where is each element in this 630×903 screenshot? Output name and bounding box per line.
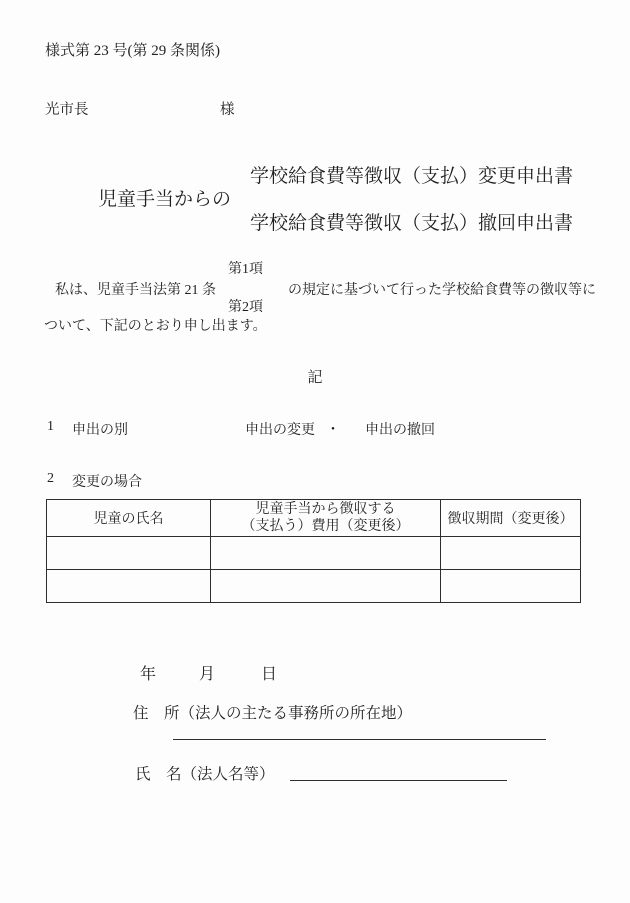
declaration-line2: ついて、下記のとおり申し出ます。 (44, 315, 267, 335)
addressee: 光市長 (45, 98, 89, 119)
cell-child-name (47, 537, 211, 570)
item1-separator-dot: ・ (326, 419, 340, 439)
cell-period (441, 537, 581, 570)
declaration-after-clause: の規定に基づいて行った学校給食費等の徴収等に (288, 279, 596, 299)
address-underline (173, 739, 546, 740)
declaration-before-clause: 私は、児童手当法第 21 条 (55, 279, 216, 299)
name-label: 氏 名（法人名等） (135, 762, 275, 784)
item1-option-withdrawal: 申出の撤回 (365, 419, 435, 439)
title-prefix: 児童手当からの (98, 184, 231, 211)
clause-option-2: 第2項 (228, 296, 263, 316)
name-underline (290, 780, 507, 781)
date-month-label: 月 (199, 661, 215, 684)
date-day-label: 日 (261, 661, 277, 684)
table-row (47, 537, 581, 570)
col-header-cost-line2: （支払う）費用（変更後） (211, 518, 440, 535)
col-header-child-name: 児童の氏名 (47, 500, 211, 537)
cell-period (441, 570, 581, 603)
table-header-row: 児童の氏名 児童手当から徴収する （支払う）費用（変更後） 徴収期間（変更後） (47, 500, 581, 537)
clause-option-1: 第1項 (228, 258, 263, 278)
form-number: 様式第 23 号(第 29 条関係) (45, 39, 220, 60)
item2-number: 2 (47, 471, 54, 487)
item1-number: 1 (47, 419, 54, 435)
title-withdrawal-application: 学校給食費等徴収（支払）撤回申出書 (250, 208, 573, 235)
ki-heading: 記 (0, 366, 630, 387)
date-year-label: 年 (140, 661, 156, 684)
table-row (47, 570, 581, 603)
col-header-cost: 児童手当から徴収する （支払う）費用（変更後） (211, 500, 441, 537)
item1-label: 申出の別 (72, 419, 128, 439)
change-details-table: 児童の氏名 児童手当から徴収する （支払う）費用（変更後） 徴収期間（変更後） (46, 499, 581, 603)
form-page: 様式第 23 号(第 29 条関係) 光市長 様 児童手当からの 学校給食費等徴… (0, 0, 630, 903)
item1-option-change: 申出の変更 (245, 419, 315, 439)
col-header-cost-line1: 児童手当から徴収する (211, 501, 440, 518)
col-header-period: 徴収期間（変更後） (441, 500, 581, 537)
title-change-application: 学校給食費等徴収（支払）変更申出書 (250, 161, 573, 188)
cell-cost (211, 537, 441, 570)
cell-child-name (47, 570, 211, 603)
cell-cost (211, 570, 441, 603)
item2-label: 変更の場合 (72, 471, 142, 491)
address-label: 住 所（法人の主たる事務所の所在地） (133, 701, 412, 723)
addressee-honorific: 様 (220, 98, 235, 119)
